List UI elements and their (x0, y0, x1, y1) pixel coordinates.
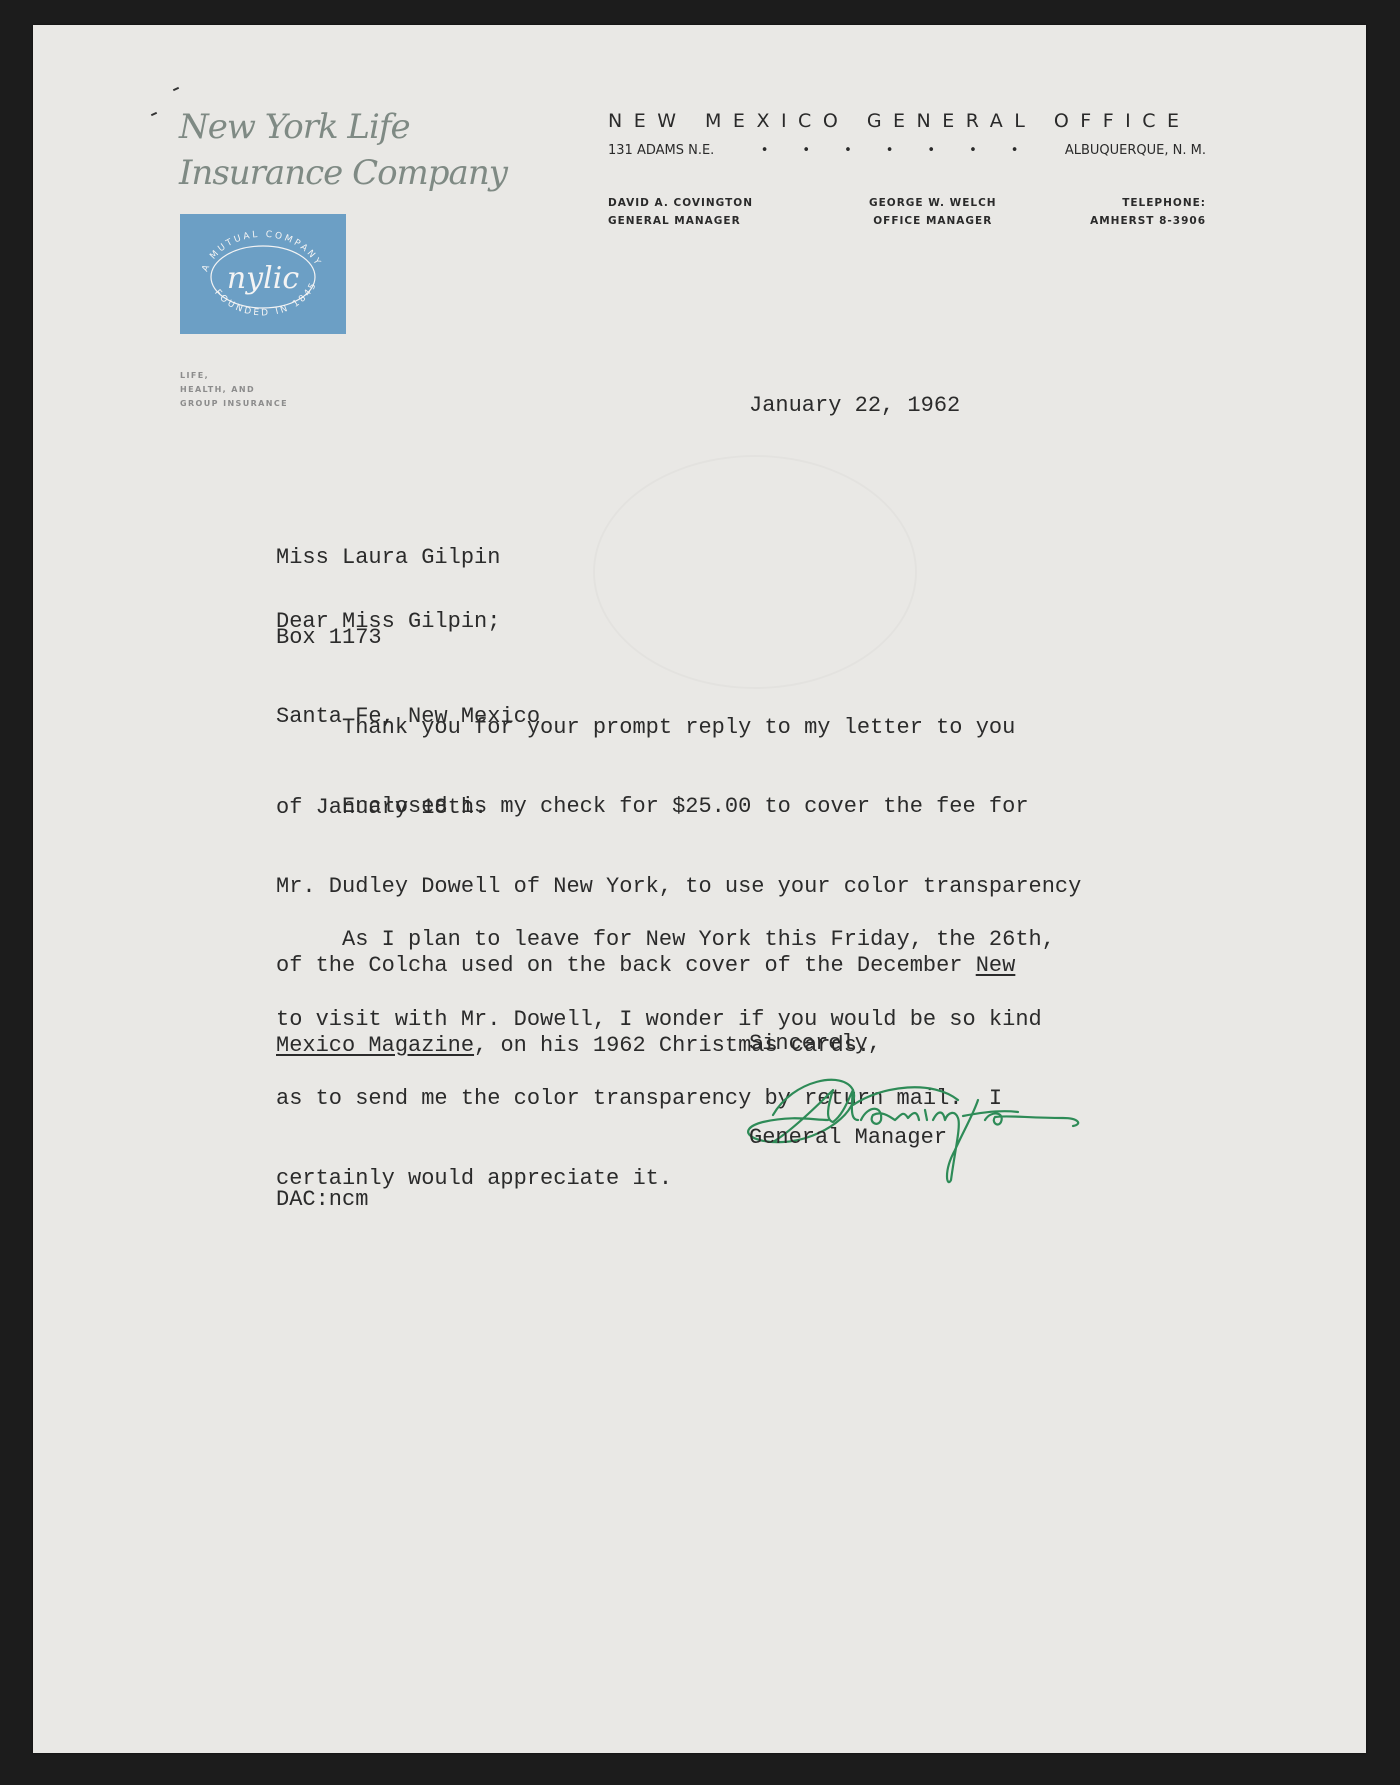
street-address: 131 ADAMS N.E. (608, 143, 714, 158)
nylic-logo: A MUTUAL COMPANY FOUNDED IN 1845 nylic (180, 214, 346, 334)
nylic-emblem-icon: A MUTUAL COMPANY FOUNDED IN 1845 nylic (180, 214, 346, 334)
office-title: NEW MEXICO GENERAL OFFICE (608, 110, 1206, 132)
svg-text:nylic: nylic (227, 261, 299, 296)
signer-title: General Manager (749, 1125, 947, 1152)
product-lines: LIFE, HEALTH, AND GROUP INSURANCE (180, 369, 288, 411)
company-name-line2: Insurance Company (179, 153, 507, 193)
paper-watermark (593, 455, 917, 689)
ink-speck (151, 112, 157, 116)
ink-speck (173, 87, 179, 91)
letter-page: New York Life Insurance Company A MUTUAL… (33, 25, 1366, 1753)
staff-office-manager: GEORGE W. WELCH OFFICE MANAGER (869, 194, 997, 230)
dot-leader: ••••••• (761, 143, 1019, 158)
letter-date: January 22, 1962 (749, 393, 960, 420)
staff-general-manager: DAVID A. COVINGTON GENERAL MANAGER (608, 194, 753, 230)
office-address: 131 ADAMS N.E. ••••••• ALBUQUERQUE, N. M… (608, 143, 1206, 158)
city: ALBUQUERQUE, N. M. (1065, 143, 1206, 158)
telephone-block: TELEPHONE: AMHERST 8-3906 (1063, 194, 1206, 230)
company-name-line1: New York Life (179, 107, 410, 147)
reference-initials: DAC:ncm (276, 1187, 368, 1214)
salutation: Dear Miss Gilpin; (276, 609, 500, 636)
closing: Sincerely, (749, 1031, 881, 1058)
